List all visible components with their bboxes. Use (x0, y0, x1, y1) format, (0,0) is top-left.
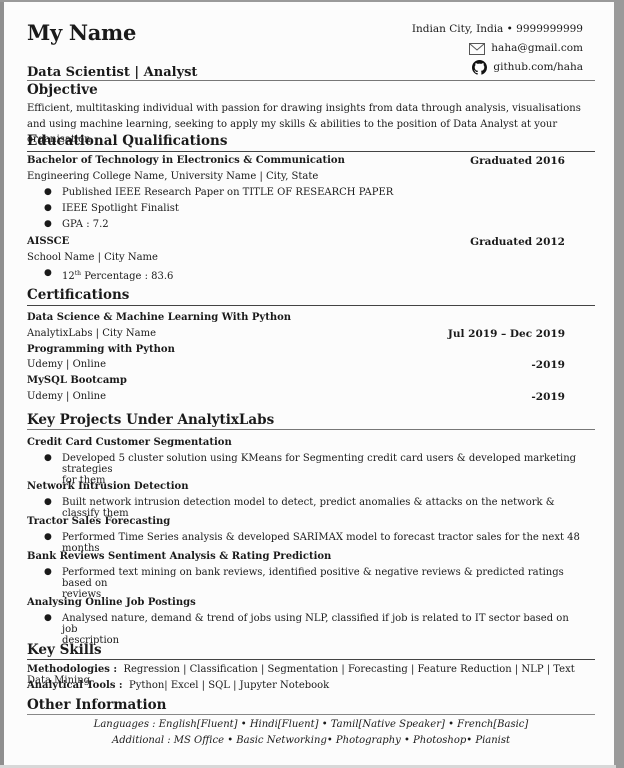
location-phone: Indian City, India • 9999999999 (412, 20, 583, 39)
divider (27, 659, 595, 660)
list-item: ●GPA : 7.2 (44, 219, 584, 230)
github-row[interactable]: github.com/haha (412, 58, 583, 77)
contact-block: Indian City, India • 9999999999 haha@gma… (412, 20, 583, 77)
degree-date: Graduated 2012 (470, 236, 565, 248)
degree-title: Bachelor of Technology in Electronics & … (27, 155, 345, 166)
tools-value: Python| Excel | SQL | Jupyter Notebook (129, 680, 329, 691)
location-phone-text: Indian City, India • 9999999999 (412, 20, 583, 39)
list-item: ●Published IEEE Research Paper on TITLE … (44, 187, 584, 198)
candidate-name: My Name (27, 20, 136, 45)
job-title: Data Scientist | Analyst (27, 65, 197, 80)
project-title: Bank Reviews Sentiment Analysis & Rating… (27, 551, 331, 562)
bullet-line: Developed 5 cluster solution using KMean… (62, 453, 576, 475)
percentage-grade: 12 (62, 271, 75, 282)
cert-title: MySQL Bootcamp (27, 375, 127, 386)
bullet-text: 12th Percentage : 83.6 (62, 268, 584, 282)
list-item: ●Analysed nature, demand & trend of jobs… (44, 613, 584, 646)
divider (27, 305, 595, 306)
bullet-line: Analysed nature, demand & trend of jobs … (62, 613, 569, 635)
email-link[interactable]: haha@gmail.com (491, 39, 583, 58)
skills-heading: Key Skills (27, 642, 102, 658)
divider (27, 80, 595, 81)
bullet-icon: ● (44, 187, 62, 198)
list-item: ●Performed text mining on bank reviews, … (44, 567, 584, 600)
email-row[interactable]: haha@gmail.com (412, 39, 583, 58)
projects-heading: Key Projects Under AnalytixLabs (27, 412, 274, 428)
methodologies-label: Methodologies : (27, 664, 117, 675)
certifications-heading: Certifications (27, 287, 129, 303)
divider (27, 714, 595, 715)
other-info-heading: Other Information (27, 697, 166, 713)
divider (27, 429, 595, 430)
degree-date: Graduated 2016 (470, 155, 565, 167)
bullet-text: Analysed nature, demand & trend of jobs … (62, 613, 584, 646)
additional-line: Additional : MS Office • Basic Networkin… (27, 735, 595, 746)
bullet-icon: ● (44, 219, 62, 230)
github-icon (472, 60, 487, 75)
cert-provider: Udemy | Online (27, 391, 106, 402)
cert-date: -2019 (531, 359, 565, 371)
percentage-value: Percentage : 83.6 (81, 271, 173, 282)
cert-title: Programming with Python (27, 344, 175, 355)
cert-date: -2019 (531, 391, 565, 403)
project-title: Tractor Sales Forecasting (27, 516, 170, 527)
bullet-line: Performed text mining on bank reviews, i… (62, 567, 564, 589)
languages-line: Languages : English[Fluent] • Hindi[Flue… (27, 719, 595, 730)
institution: School Name | City Name (27, 252, 158, 263)
bullet-icon: ● (44, 268, 62, 282)
page-border-left (0, 0, 4, 768)
objective-heading: Objective (27, 82, 98, 98)
cert-title: Data Science & Machine Learning With Pyt… (27, 312, 291, 323)
github-link[interactable]: github.com/haha (493, 58, 583, 77)
bullet-text: IEEE Spotlight Finalist (62, 203, 584, 214)
tools-row: Analytical Tools : Python| Excel | SQL |… (27, 680, 329, 691)
list-item: ●12th Percentage : 83.6 (44, 268, 584, 282)
degree-title: AISSCE (27, 236, 69, 247)
cert-provider: AnalytixLabs | City Name (27, 328, 156, 339)
education-heading: Educational Qualifications (27, 133, 227, 149)
bullet-text: Performed text mining on bank reviews, i… (62, 567, 584, 600)
page-border-top (0, 0, 616, 2)
cert-provider: Udemy | Online (27, 359, 106, 370)
cert-date: Jul 2019 – Dec 2019 (448, 328, 565, 340)
tools-label: Analytical Tools : (27, 680, 123, 691)
project-title: Credit Card Customer Segmentation (27, 437, 232, 448)
institution: Engineering College Name, University Nam… (27, 171, 318, 182)
bullet-text: GPA : 7.2 (62, 219, 584, 230)
bullet-icon: ● (44, 203, 62, 214)
project-title: Analysing Online Job Postings (27, 597, 196, 608)
viewer-scrollbar-strip (614, 0, 624, 768)
bullet-text: Published IEEE Research Paper on TITLE O… (62, 187, 584, 198)
list-item: ●IEEE Spotlight Finalist (44, 203, 584, 214)
mail-icon (469, 43, 485, 55)
project-title: Network Intrusion Detection (27, 481, 189, 492)
bullet-icon: ● (44, 567, 62, 600)
divider (27, 151, 595, 152)
